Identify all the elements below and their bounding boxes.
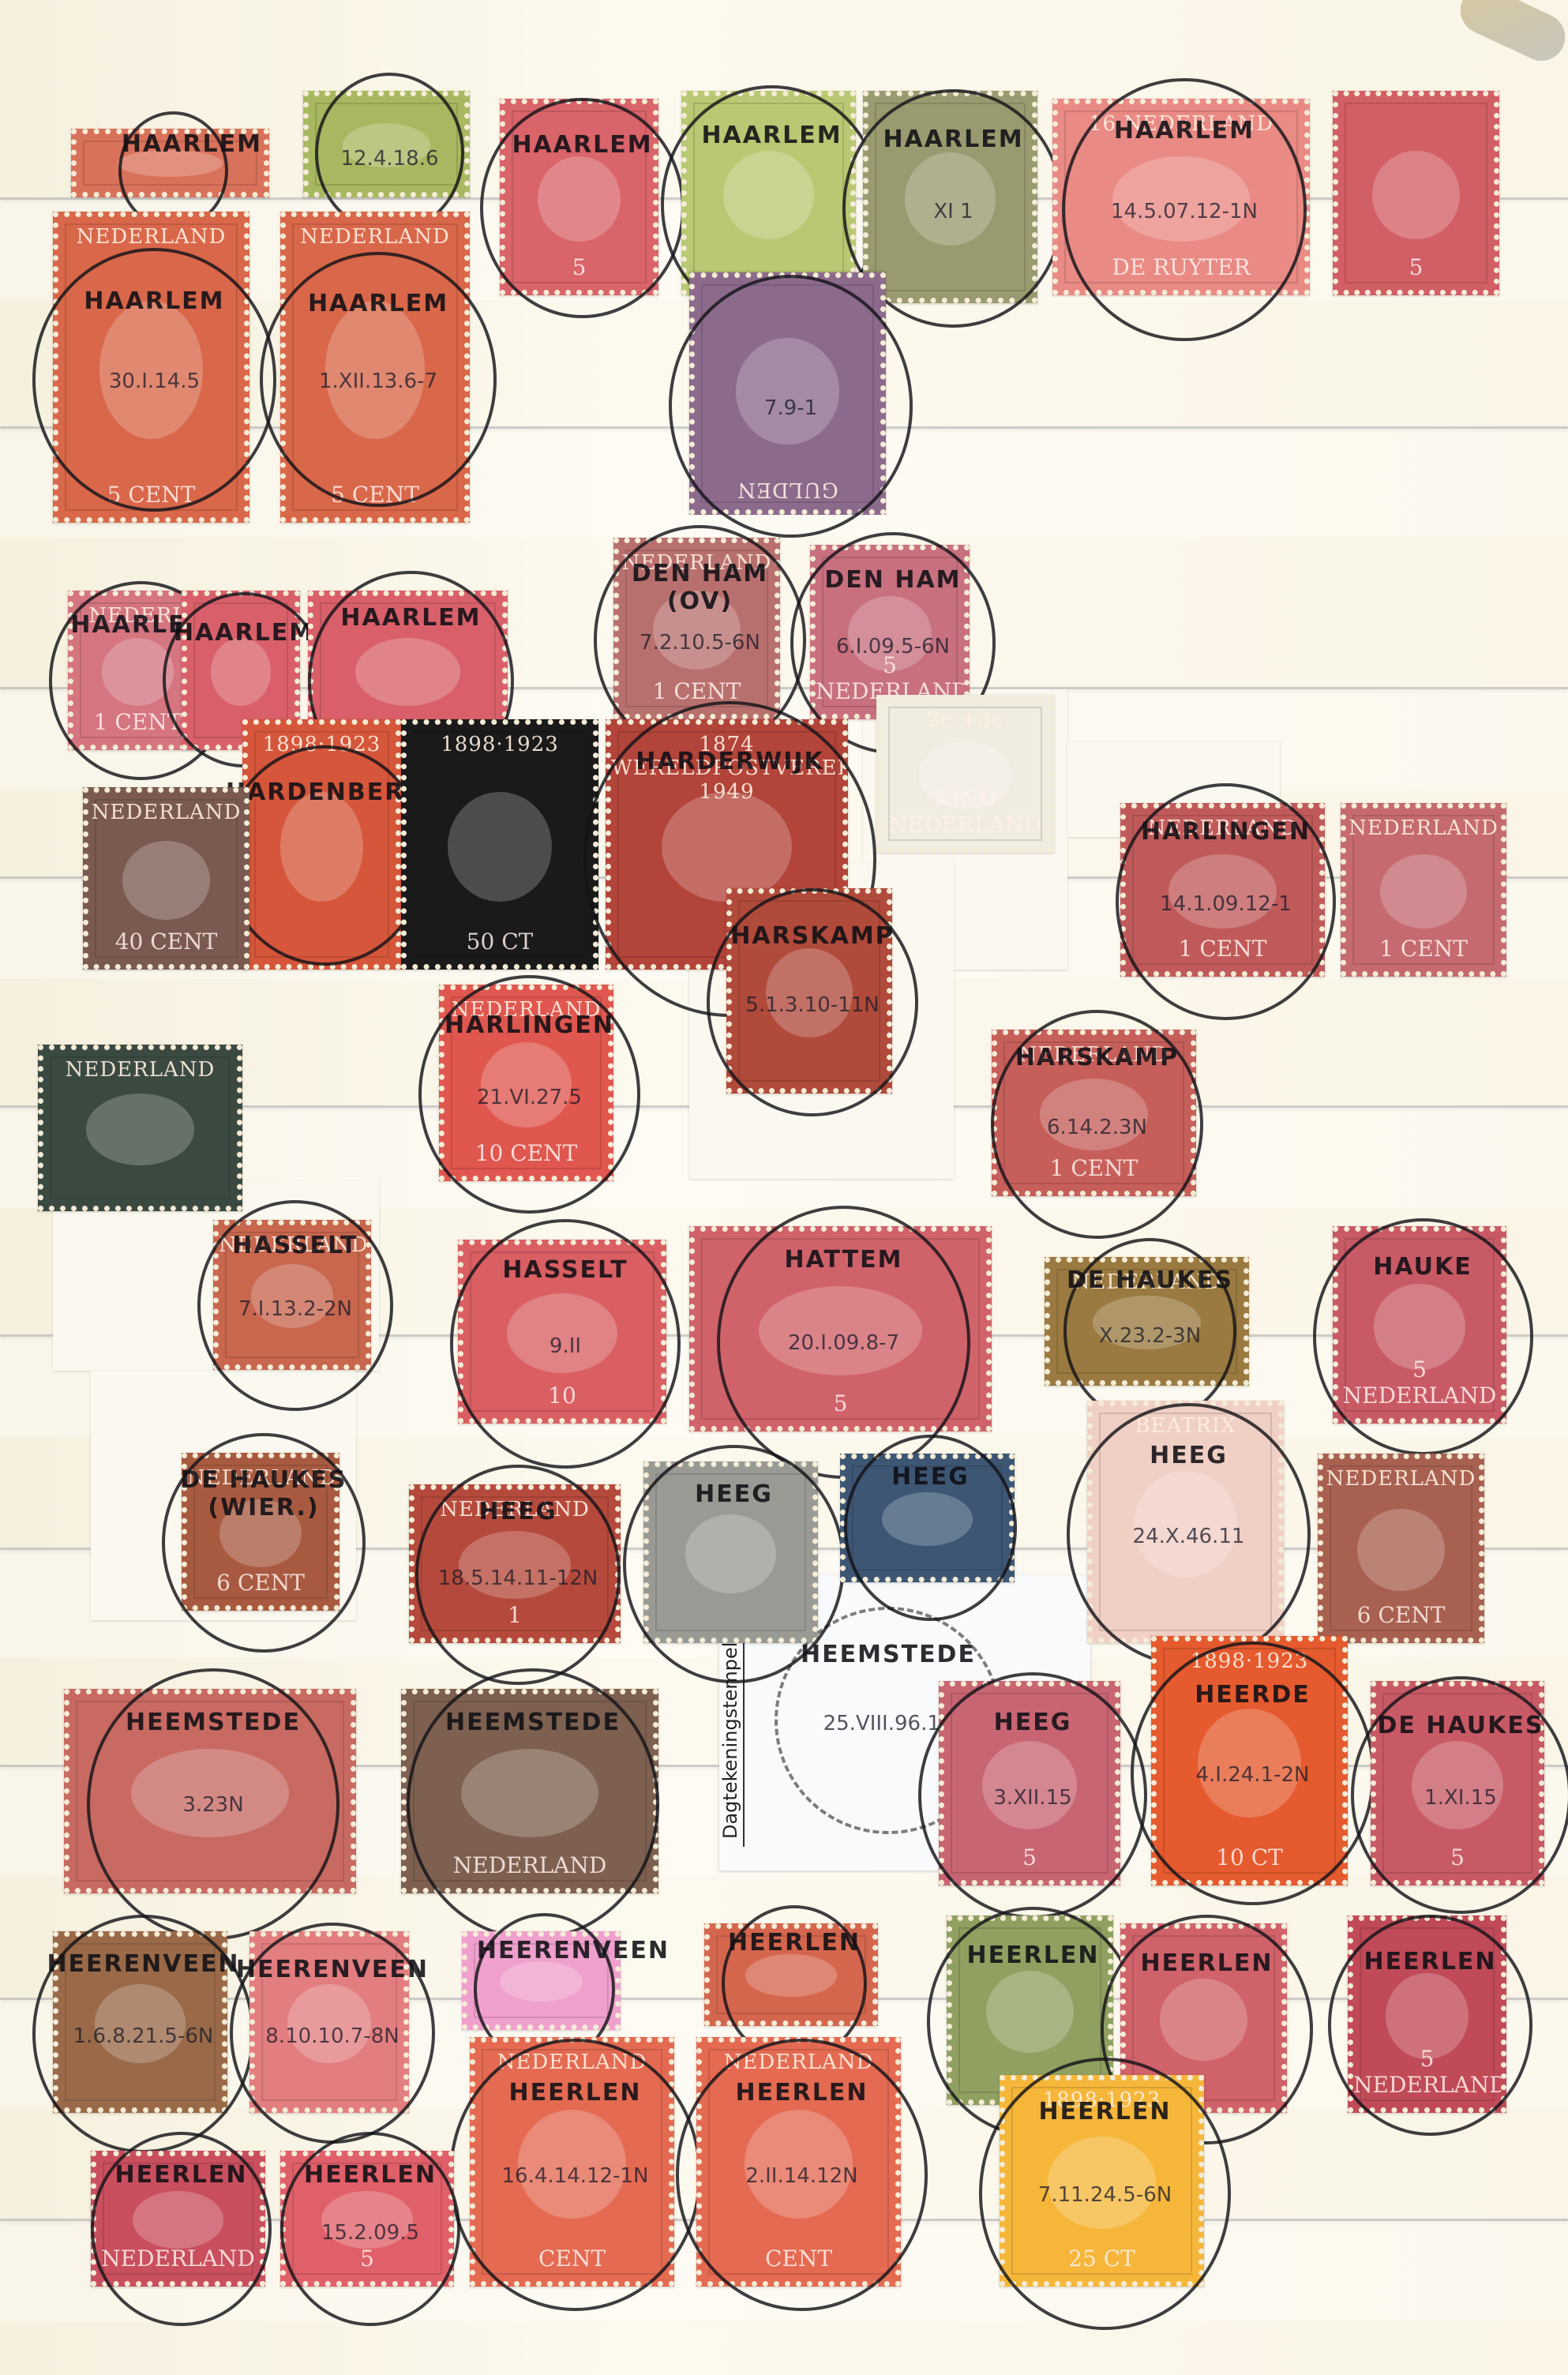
stamp: 5 NEDERLAND bbox=[810, 545, 970, 719]
stamp-value-text: CENT bbox=[702, 2246, 895, 2272]
stamp-portrait bbox=[133, 2191, 224, 2249]
stamp bbox=[303, 91, 470, 197]
stamp-country-text: NEDERLAND bbox=[1346, 816, 1501, 840]
stamp: NEDERLAND 10 CENT bbox=[439, 985, 613, 1181]
stamp: 5 bbox=[689, 1226, 992, 1431]
stamp bbox=[53, 1931, 227, 2113]
stamp-country-text: NEDERLAND bbox=[1323, 1467, 1479, 1491]
stamp-value-text: 1 CENT bbox=[1126, 936, 1319, 962]
stamp bbox=[704, 1923, 878, 2026]
stamp-country-text: NEDERLAND bbox=[58, 225, 244, 249]
stamp-country-text: 1874 WERELDPOSTVEREENIGING 1949 bbox=[611, 733, 842, 804]
stamp: NEDERLAND 6 CENT bbox=[1318, 1454, 1484, 1643]
stamp-value-text: 5 bbox=[505, 254, 653, 280]
stamp-country-text: 2c +3c bbox=[882, 708, 1048, 732]
stamp-country-text: NEDERLAND bbox=[702, 2050, 895, 2074]
stamp bbox=[863, 91, 1037, 303]
stamp: 16 NEDERLAND DE RUYTER bbox=[1052, 99, 1310, 295]
stamp-portrait bbox=[905, 152, 996, 245]
stamp-portrait bbox=[325, 301, 426, 439]
stamp-portrait bbox=[1357, 1509, 1444, 1591]
stamp-value-text: 10 bbox=[463, 1383, 661, 1409]
stamp-value-text: 40 CENT bbox=[88, 929, 244, 955]
stamp-value-text: 6 CENT bbox=[1323, 1602, 1479, 1628]
stamp-portrait bbox=[1168, 854, 1277, 929]
stamp-value-text: DE RUYTER bbox=[1058, 254, 1304, 280]
stamp: BEATRIX bbox=[1087, 1401, 1284, 1643]
stamp-country-text: GULDEN bbox=[695, 478, 880, 501]
stamp-portrait bbox=[759, 1286, 922, 1375]
stamp: NEDERLAND 6 CENT bbox=[182, 1453, 339, 1611]
stamp-portrait bbox=[343, 123, 430, 167]
stamp: NEDERLAND CENT bbox=[696, 2037, 901, 2287]
stamp-country-text: 1898·1923 bbox=[1005, 2088, 1199, 2112]
stamp-portrait bbox=[211, 638, 271, 707]
stamp-country-text: NEDERLAND bbox=[1050, 1270, 1244, 1294]
stamp-portrait bbox=[500, 1961, 583, 2002]
stamp-country-text: NEDERLAND bbox=[619, 551, 775, 575]
stamp-value-text: 5 bbox=[1376, 1844, 1539, 1870]
stamp: NEDERLAND bbox=[91, 2151, 265, 2287]
stamp-country-text: NEDERLAND bbox=[997, 1043, 1191, 1067]
stamp-portrait bbox=[86, 1094, 194, 1165]
stamp-portrait bbox=[723, 151, 815, 240]
stamp bbox=[249, 1931, 409, 2113]
stamp-country-text: NEDERLAND bbox=[219, 1233, 366, 1257]
stamp: NEDERLAND 1 bbox=[409, 1484, 621, 1643]
stamp-portrait bbox=[1198, 1709, 1302, 1818]
stamp: 5 bbox=[939, 1681, 1120, 1885]
stamp bbox=[681, 91, 856, 295]
stamp: 1898·1923 bbox=[242, 719, 401, 970]
stamp-portrait bbox=[1048, 2137, 1156, 2229]
stamp-country-text: 1898·1923 bbox=[248, 733, 396, 756]
stamp-portrait bbox=[448, 792, 552, 902]
stamp: NEDERLAND 1 CENT bbox=[613, 538, 780, 719]
stamp-portrait bbox=[662, 792, 791, 902]
stamp: 5 bbox=[1333, 91, 1499, 295]
stamp-portrait bbox=[1160, 1979, 1247, 2061]
stamp-value-text: 10 CENT bbox=[445, 1140, 608, 1166]
stamp: NEDERLAND bbox=[401, 1689, 658, 1893]
stamp-value-text: 1 CENT bbox=[1346, 936, 1501, 962]
stamp-country-text: NEDERLAND bbox=[475, 2050, 669, 2074]
stamp-value-text: NEDERLAND bbox=[407, 1852, 653, 1878]
stamp-portrait bbox=[538, 156, 621, 242]
stamp-portrait bbox=[1112, 156, 1251, 242]
stamp-portrait bbox=[118, 150, 223, 177]
stamp-value-text: 5 NEDERLAND bbox=[1353, 2046, 1501, 2098]
stamp-value-text: 5 bbox=[695, 1390, 986, 1416]
stamp-value-text: 50 CT bbox=[407, 929, 593, 955]
stamp bbox=[726, 888, 892, 1094]
stamp: NEDERLAND bbox=[38, 1045, 242, 1211]
stamp-portrait bbox=[459, 1531, 571, 1599]
stamp-portrait bbox=[122, 841, 209, 920]
stamp-portrait bbox=[321, 2191, 412, 2249]
stamp: NEDERLAND 1 CENT bbox=[992, 1030, 1196, 1196]
stamp: NEDERLAND 1 CENT bbox=[1341, 803, 1506, 977]
stamp-value-text: 5 CENT bbox=[286, 482, 464, 508]
stamp bbox=[462, 1931, 621, 2030]
stamp: 10 bbox=[458, 1240, 666, 1424]
stamp-value-text: CENT bbox=[475, 2246, 669, 2272]
card-frame-line bbox=[743, 1638, 745, 1847]
stamp-portrait bbox=[1040, 1079, 1148, 1150]
stamp-portrait bbox=[982, 1741, 1078, 1830]
stamp-value-text: 1 CENT bbox=[619, 678, 775, 704]
card-label: Dagtekeningstempel bbox=[719, 1642, 741, 1839]
stamp-portrait bbox=[287, 1984, 370, 2062]
stamp: NEDERLAND 40 CENT bbox=[83, 787, 249, 970]
stamp-value-text: 5 bbox=[286, 2246, 448, 2272]
stamp-portrait bbox=[355, 638, 461, 707]
stamp-portrait bbox=[653, 591, 740, 669]
stamp: 2c +3c KIND NEDERLAND bbox=[876, 695, 1054, 853]
stamp-country-text: NEDERLAND bbox=[286, 225, 464, 249]
stamp-value-text: 5 bbox=[1338, 254, 1494, 280]
stamp: 5 NEDERLAND bbox=[1348, 1915, 1506, 2113]
stamp-portrait bbox=[280, 792, 363, 902]
stamp-portrait bbox=[1380, 854, 1467, 929]
stamp: NEDERLAND 5 CENT bbox=[280, 212, 470, 523]
stamp: 1898·1923 50 CT bbox=[401, 719, 598, 970]
stamp-portrait bbox=[99, 301, 204, 439]
stamp-portrait bbox=[1372, 151, 1459, 240]
stamp-value-text: 5 CENT bbox=[58, 482, 244, 508]
stamp-portrait bbox=[736, 338, 840, 445]
stamp: 5 NEDERLAND bbox=[1333, 1226, 1506, 1424]
album-corner-smudge bbox=[1453, 0, 1568, 69]
stamp-portrait bbox=[745, 2110, 853, 2219]
stamp-value-text: 5 bbox=[944, 1844, 1115, 1870]
album-page: Dagtekeningstempel HEEMSTEDE 25.VIII.96.… bbox=[0, 0, 1568, 2375]
stamp-portrait bbox=[102, 638, 174, 707]
stamp-value-text: 5 NEDERLAND bbox=[1338, 1356, 1501, 1409]
stamp-country-text: 1898·1923 bbox=[407, 733, 593, 756]
stamp-portrait bbox=[1093, 1296, 1201, 1350]
stamp-value-text: 25 CT bbox=[1005, 2246, 1199, 2272]
stamp-portrait bbox=[95, 1984, 186, 2062]
stamp: 5 bbox=[280, 2151, 454, 2287]
stamp-portrait bbox=[745, 1954, 836, 1996]
stamp bbox=[64, 1689, 356, 1893]
stamp: GULDEN bbox=[689, 272, 886, 515]
stamp bbox=[643, 1461, 818, 1643]
stamp-value-text: 6 CENT bbox=[187, 1570, 334, 1596]
stamp-portrait bbox=[882, 1492, 973, 1547]
stamp: NEDERLAND 1 CENT bbox=[1120, 803, 1325, 977]
stamp-portrait bbox=[481, 1042, 572, 1127]
stamp-portrait bbox=[766, 948, 853, 1037]
stamp-country-text: NEDERLAND bbox=[445, 998, 608, 1022]
stamp-country-text: NEDERLAND bbox=[1126, 816, 1319, 840]
stamp-country-text: 1898·1923 bbox=[1157, 1649, 1342, 1673]
stamp-country-text: NEDERLAND bbox=[187, 1466, 334, 1490]
stamp-value-text: 10 CT bbox=[1157, 1844, 1342, 1870]
stamp-country-text: 16 NEDERLAND bbox=[1058, 112, 1304, 136]
stamp-value-text: NEDERLAND bbox=[96, 2246, 260, 2272]
stamp-value-text: 1 bbox=[415, 1602, 615, 1628]
stamp: 5 bbox=[500, 99, 658, 295]
stamp-country-text: NEDERLAND bbox=[43, 1058, 237, 1082]
stamp-portrait bbox=[219, 1499, 302, 1567]
stamp-portrait bbox=[507, 1293, 617, 1373]
stamp: 5 bbox=[1371, 1681, 1544, 1885]
stamp-portrait bbox=[1412, 1741, 1502, 1830]
stamp-portrait bbox=[131, 1749, 288, 1838]
stamp bbox=[840, 1454, 1015, 1582]
stamp-value-text: 1 CENT bbox=[997, 1155, 1191, 1181]
stamp-portrait bbox=[986, 1971, 1073, 2053]
stamp bbox=[71, 129, 269, 197]
stamp: NEDERLAND bbox=[1045, 1257, 1249, 1386]
stamp-portrait bbox=[685, 1514, 777, 1593]
stamp: NEDERLAND CENT bbox=[470, 2037, 674, 2287]
stamp-value-text: KIND NEDERLAND bbox=[882, 786, 1048, 838]
stamp: 1898·1923 10 CT bbox=[1151, 1636, 1348, 1885]
stamp: NEDERLAND 5 CENT bbox=[53, 212, 249, 523]
stamp-portrait bbox=[251, 1264, 333, 1328]
stamp-country-text: BEATRIX bbox=[1093, 1414, 1278, 1438]
stamp: NEDERLAND bbox=[213, 1220, 371, 1370]
stamp-portrait bbox=[461, 1749, 599, 1838]
stamp-portrait bbox=[1134, 1471, 1238, 1578]
stamp-portrait bbox=[518, 2110, 626, 2219]
stamp: 1898·1923 25 CT bbox=[1000, 2075, 1204, 2287]
stamp-country-text: NEDERLAND bbox=[415, 1498, 615, 1521]
stamp-country-text: NEDERLAND bbox=[88, 801, 244, 824]
